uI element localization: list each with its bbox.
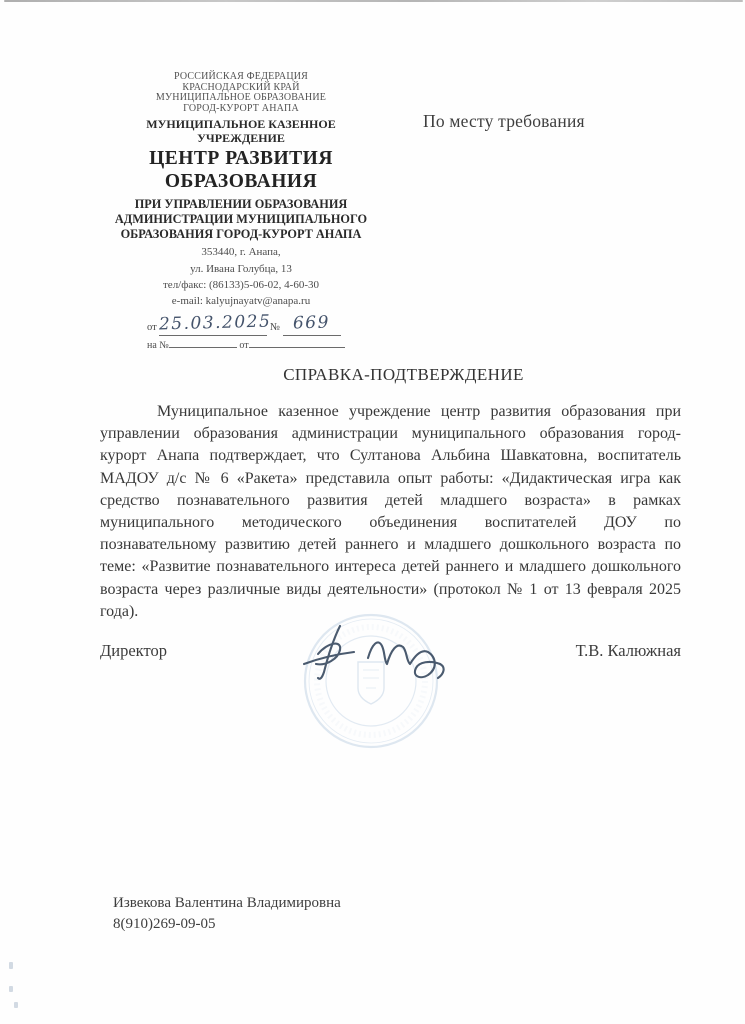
handwritten-date: 25.03.2025 [159, 312, 272, 335]
number-field: 669 [283, 315, 341, 336]
reply-reference-line: на № от [105, 338, 377, 351]
scan-speck [14, 1002, 18, 1008]
contact-person-phone: 8(910)269-09-05 [113, 914, 341, 935]
reply-ref-prefix: на № [147, 340, 169, 351]
letterhead-municipality-line2: ГОРОД-КУРОРТ АНАПА [105, 104, 377, 115]
contact-person-name: Извекова Валентина Владимировна [113, 893, 341, 914]
seal-coat-of-arms-icon [358, 662, 384, 704]
signer-name: Т.В. Калюжная [576, 641, 681, 661]
email-line: e-mail: kalyujnayatv@anapa.ru [105, 295, 377, 308]
recipient-line: По месту требования [423, 111, 585, 132]
reply-ref-middle: от [239, 340, 248, 351]
institution-type: МУНИЦИПАЛЬНОЕ КАЗЕННОЕ УЧРЕЖДЕНИЕ [134, 118, 349, 145]
scan-speck [9, 986, 13, 992]
letterhead-country: РОССИЙСКАЯ ФЕДЕРАЦИЯ [105, 72, 377, 83]
date-field: 25.03.2025 [159, 315, 267, 336]
address-line2: ул. Ивана Голубца, 13 [105, 263, 377, 276]
handwritten-number: 669 [293, 313, 330, 334]
letterhead: РОССИЙСКАЯ ФЕДЕРАЦИЯ КРАСНОДАРСКИЙ КРАЙ … [105, 72, 377, 351]
body-paragraph: Муниципальное казенное учреждение центр … [100, 401, 681, 623]
reply-ref-date-blank [249, 338, 345, 348]
address-line1: 353440, г. Анапа, [105, 246, 377, 259]
scan-speck [9, 962, 13, 969]
phone-fax-line: тел/факс: (86133)5-06-02, 4-60-30 [105, 279, 377, 292]
institution-affiliation: ПРИ УПРАВЛЕНИИ ОБРАЗОВАНИЯ АДМИНИСТРАЦИИ… [114, 197, 368, 241]
document-title: СПРАВКА-ПОДТВЕРЖДЕНИЕ [100, 365, 681, 385]
document-page: РОССИЙСКАЯ ФЕДЕРАЦИЯ КРАСНОДАРСКИЙ КРАЙ … [0, 0, 745, 1024]
signature-row: Директор Т.В. Калюжная [100, 641, 681, 661]
document-date-number-line: от 25.03.2025 № 669 [105, 315, 377, 337]
signer-position: Директор [100, 641, 167, 661]
reply-ref-number-blank [169, 338, 237, 348]
institution-name: ЦЕНТР РАЗВИТИЯ ОБРАЗОВАНИЯ [124, 148, 359, 193]
contact-block: Извекова Валентина Владимировна 8(910)26… [113, 893, 341, 934]
official-seal-stamp [300, 610, 442, 752]
letterhead-municipality-line1: МУНИЦИПАЛЬНОЕ ОБРАЗОВАНИЕ [105, 93, 377, 104]
date-label: от [147, 322, 157, 333]
scan-edge-artifact [4, 0, 743, 2]
